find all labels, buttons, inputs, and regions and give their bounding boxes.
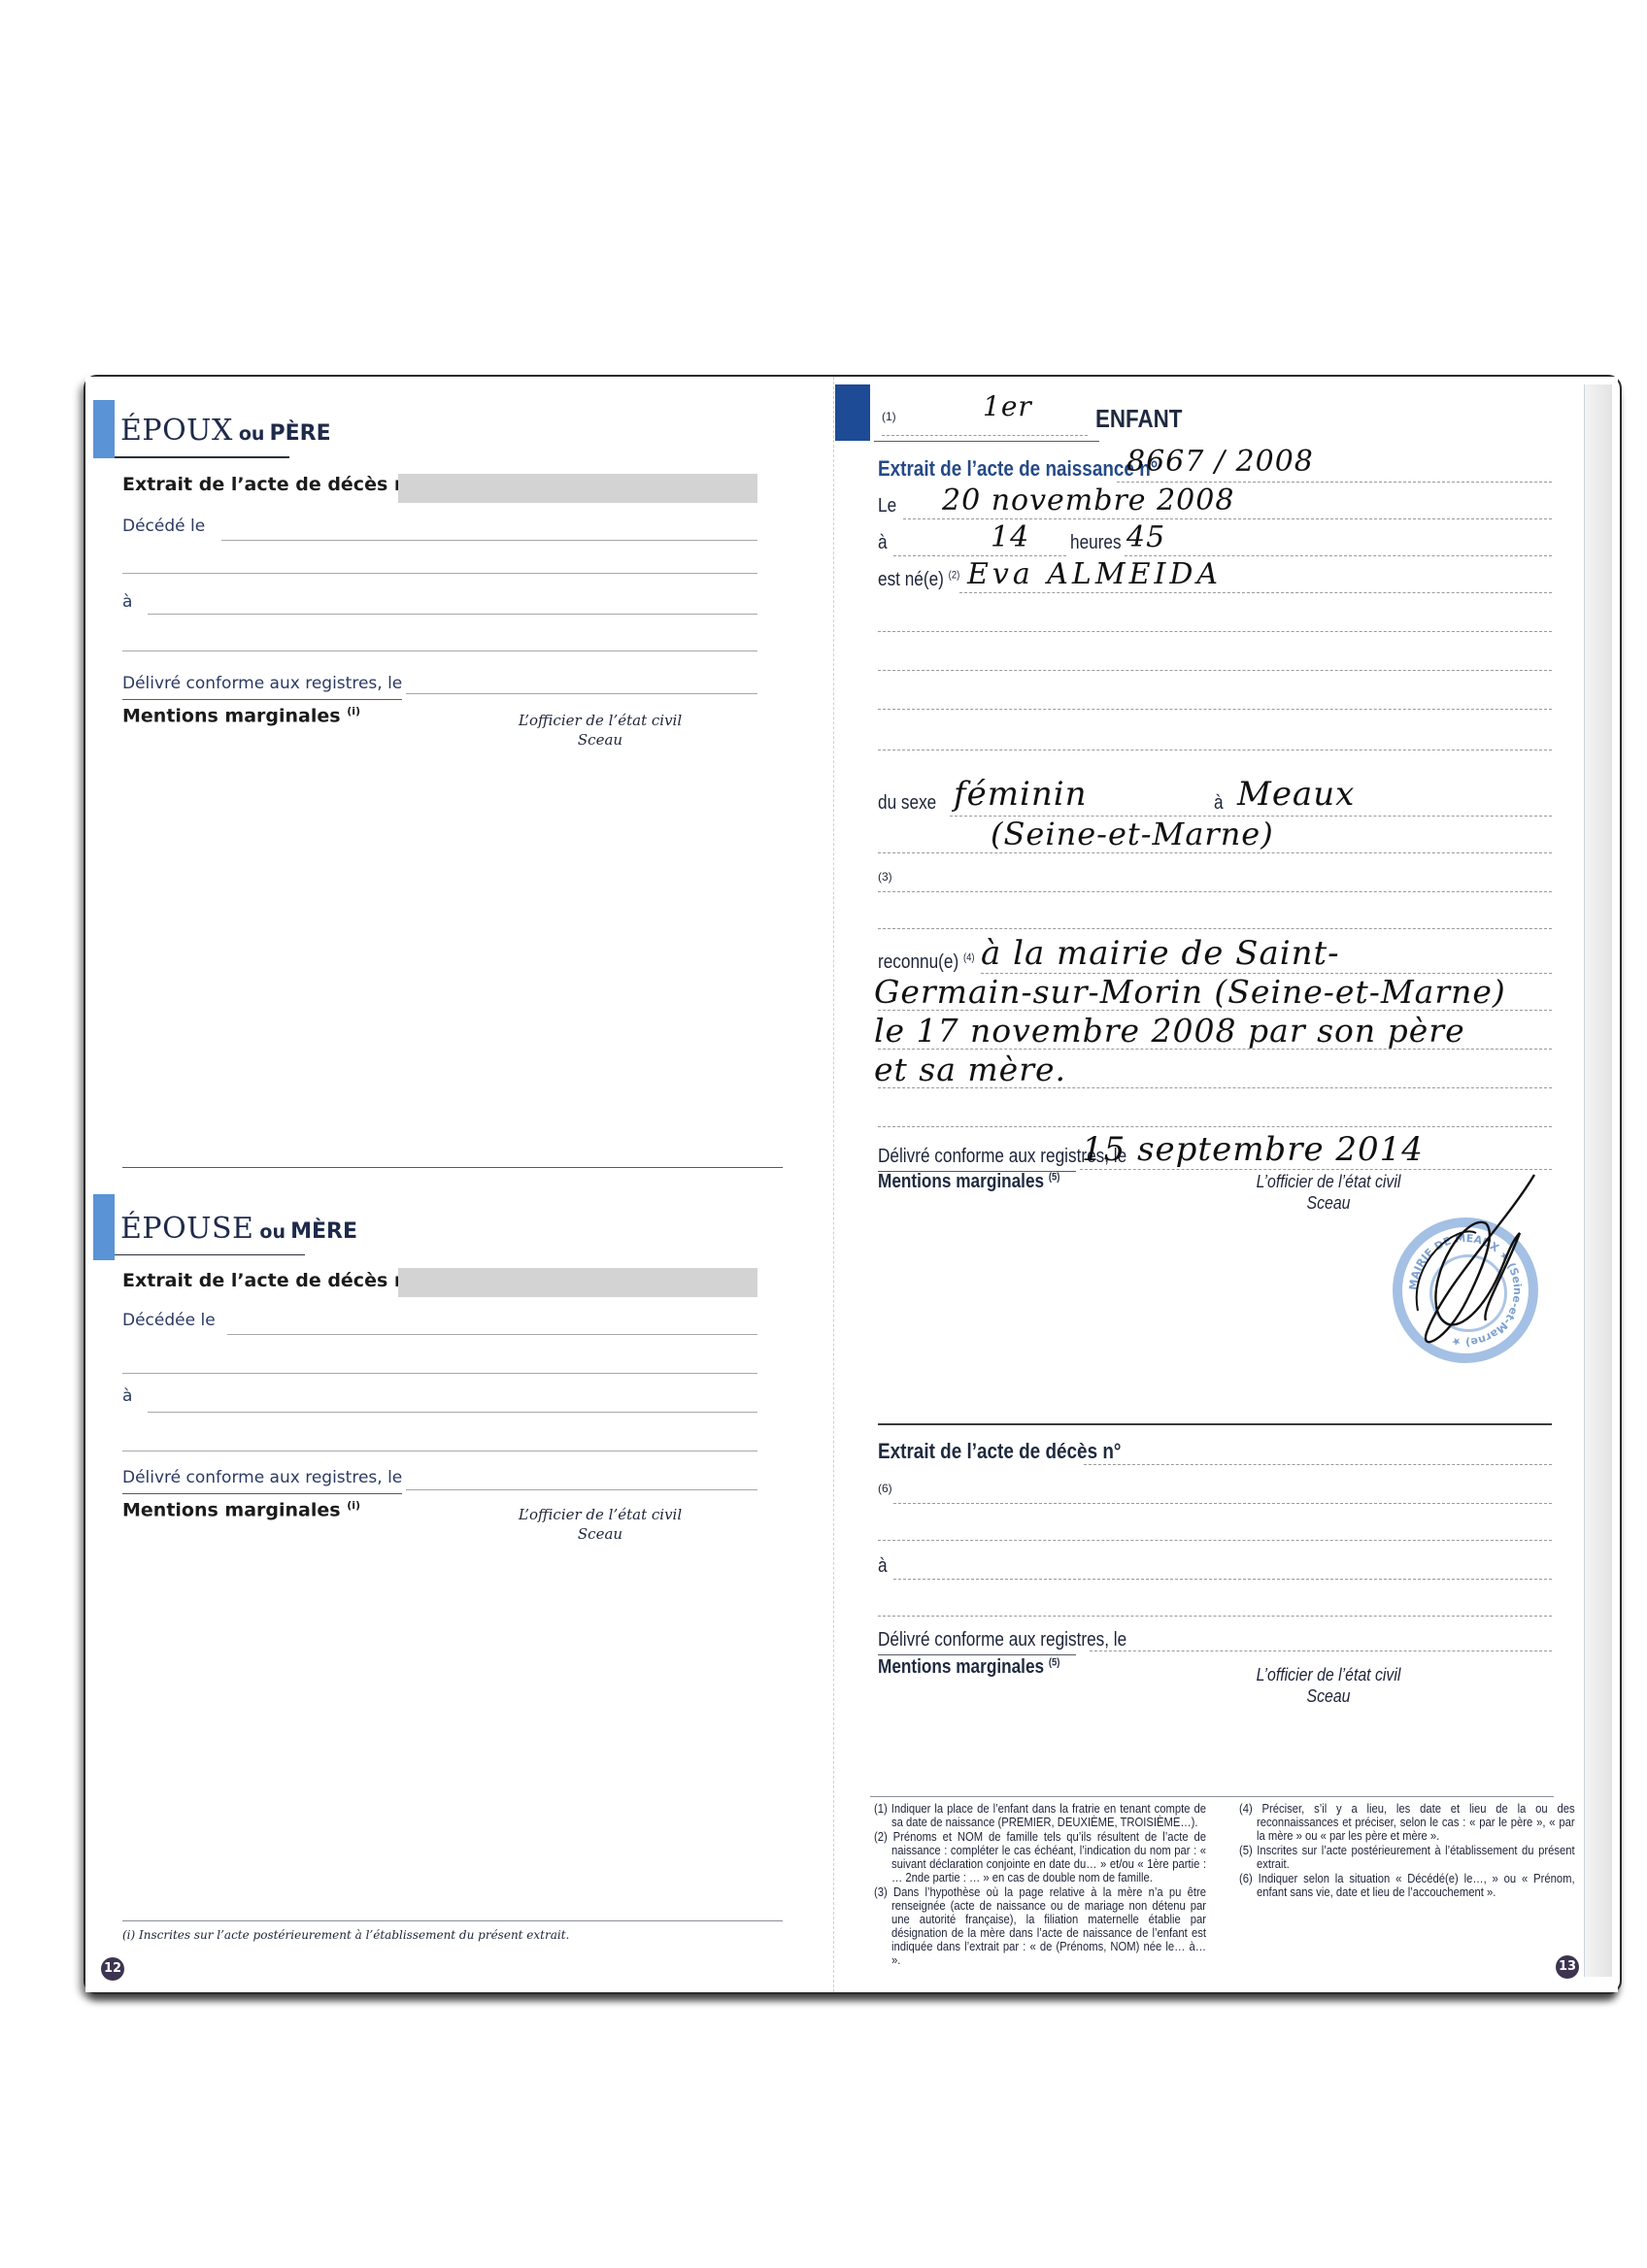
title-underline: [115, 456, 289, 458]
birth-hour-prefix: à: [878, 532, 888, 554]
mother-officer-label: L’officier de l’état civil Sceau: [484, 1505, 717, 1544]
recognized-field-5[interactable]: [878, 1126, 1552, 1127]
title-underline: [115, 1254, 305, 1255]
child-death-record-label: Extrait de l’acte de décès n°: [878, 1439, 1121, 1464]
left-footnote: (i) Inscrites sur l’acte postérieurement…: [122, 1928, 569, 1942]
mother-ref: (3): [878, 870, 892, 884]
born-label: est né(e) (2): [878, 569, 959, 591]
father-died-on-field-2[interactable]: [122, 573, 757, 574]
mother-field-2[interactable]: [878, 928, 1552, 929]
sex-label: du sexe: [878, 792, 936, 815]
section-divider: [122, 1167, 783, 1168]
footnotes-col-2: (4) Préciser, s’il y a lieu, les date et…: [1239, 1802, 1575, 1900]
mother-death-record-label: Extrait de l’acte de décès n°: [122, 1270, 417, 1291]
recognized-line-1: à la mairie de Saint-: [981, 934, 1340, 973]
mother-death-record-field[interactable]: [398, 1268, 757, 1297]
birthplace-value: Meaux: [1237, 775, 1355, 814]
born-name-field-3[interactable]: [878, 670, 1552, 671]
left-page: ÉPOUXou PÈRE Extrait de l’acte de décès …: [85, 377, 834, 1992]
father-death-record-field[interactable]: [398, 474, 757, 503]
rank-ref: (1): [882, 410, 896, 423]
birth-minutes-field[interactable]: [1125, 555, 1552, 556]
birth-hour-value: 14: [991, 520, 1029, 554]
father-delivered-label: Délivré conforme aux registres, le: [122, 674, 402, 693]
birth-date-label: Le: [878, 495, 896, 517]
recognized-label: reconnu(e) (4): [878, 951, 975, 974]
mother-delivered-label: Délivré conforme aux registres, le: [122, 1468, 402, 1487]
right-page: (1) 1er ENFANT Extrait de l’acte de nais…: [835, 377, 1618, 1992]
recognized-line-4: et sa mère.: [874, 1051, 1066, 1088]
birth-record-label: Extrait de l’acte de naissance n°: [878, 456, 1158, 482]
father-mentions-label: Mentions marginales (i): [122, 705, 360, 726]
born-name-field[interactable]: [959, 592, 1552, 593]
birth-date-field[interactable]: [903, 518, 1552, 519]
father-place-field[interactable]: [148, 614, 757, 615]
recognized-line-3: le 17 novembre 2008 par son père: [874, 1012, 1465, 1050]
child-death-field[interactable]: [893, 1503, 1552, 1504]
child-death-officer-label: L’officier de l’état civil Sceau: [1226, 1664, 1430, 1707]
booklet-edge: [1584, 384, 1612, 1977]
mother-section-title: ÉPOUSEou MÈRE: [120, 1212, 357, 1246]
rank-value-handwritten: 1er: [983, 390, 1032, 422]
child-death-at-label: à: [878, 1555, 888, 1578]
mother-died-on-label: Décédée le: [122, 1311, 216, 1330]
child-death-mentions-label: Mentions marginales (5): [878, 1656, 1059, 1679]
footnote-divider: [870, 1796, 1554, 1797]
section-tab-marker: [835, 384, 870, 441]
birth-record-field[interactable]: [1117, 482, 1552, 483]
mother-place-field-2[interactable]: [122, 1451, 757, 1451]
section-divider: [878, 1423, 1552, 1425]
mother-died-on-field-2[interactable]: [122, 1373, 757, 1374]
mother-mentions-label: Mentions marginales (i): [122, 1499, 360, 1520]
child-death-place-field[interactable]: [893, 1579, 1552, 1580]
father-died-on-label: Décédé le: [122, 517, 205, 536]
child-death-record-field[interactable]: [1084, 1464, 1552, 1465]
born-name-field-4[interactable]: [878, 709, 1552, 710]
father-section-title: ÉPOUXou PÈRE: [120, 414, 331, 448]
mother-place-field[interactable]: [148, 1412, 757, 1413]
mentions-label: Mentions marginales (5): [878, 1171, 1059, 1193]
birthplace-value-line2: (Seine-et-Marne): [991, 816, 1274, 852]
section-tab-marker: [93, 400, 115, 458]
child-death-field-2[interactable]: [878, 1540, 1552, 1541]
birthplace-prefix: à: [1214, 792, 1224, 815]
title-underline: [874, 441, 1099, 442]
child-death-delivered-label: Délivré conforme aux registres, le: [878, 1629, 1126, 1651]
mother-delivered-date-field[interactable]: [406, 1489, 757, 1490]
father-at-label: à: [122, 592, 132, 612]
child-death-delivered-field[interactable]: [1090, 1651, 1552, 1651]
born-name-field-2[interactable]: [878, 631, 1552, 632]
father-death-record-label: Extrait de l’acte de décès n°: [122, 474, 417, 495]
father-died-on-field[interactable]: [221, 540, 757, 541]
delivered-underline: [122, 1493, 402, 1494]
birth-minutes-value: 45: [1126, 520, 1165, 554]
birth-hour-field[interactable]: [893, 555, 1066, 556]
page-number-badge: 12: [101, 1957, 124, 1981]
birth-date-value: 20 novembre 2008: [942, 484, 1234, 517]
delivered-date-value: 15 septembre 2014: [1082, 1130, 1424, 1169]
delivered-underline: [878, 1654, 1076, 1655]
father-officer-label: L’officier de l’état civil Sceau: [484, 711, 717, 750]
delivered-underline: [122, 699, 402, 700]
recognized-line-2: Germain-sur-Morin (Seine-et-Marne): [874, 973, 1506, 1011]
officer-signature: [1389, 1165, 1563, 1359]
father-delivered-date-field[interactable]: [406, 693, 757, 694]
born-name-field-5[interactable]: [878, 750, 1552, 750]
child-death-place-field-2[interactable]: [878, 1616, 1552, 1617]
page-number-badge: 13: [1556, 1955, 1579, 1979]
sex-value: féminin: [954, 775, 1088, 814]
rank-field[interactable]: [882, 435, 1088, 436]
birthplace-field-2[interactable]: [878, 852, 1552, 853]
birth-record-value: 8667 / 2008: [1126, 445, 1314, 479]
child-section-title: ENFANT: [1095, 404, 1182, 434]
born-name-value: Eva ALMEIDA: [967, 557, 1222, 591]
section-tab-marker: [93, 1194, 115, 1260]
mother-field[interactable]: [878, 891, 1552, 892]
child-death-ref: (6): [878, 1482, 892, 1495]
footnotes-col-1: (1) Indiquer la place de l’enfant dans l…: [874, 1802, 1206, 1968]
hours-label: heures: [1070, 532, 1122, 554]
mother-died-on-field[interactable]: [227, 1334, 757, 1335]
civil-booklet: ÉPOUXou PÈRE Extrait de l’acte de décès …: [84, 375, 1622, 1994]
mother-at-label: à: [122, 1386, 132, 1406]
father-place-field-2[interactable]: [122, 650, 757, 651]
footnote-divider: [122, 1920, 783, 1921]
